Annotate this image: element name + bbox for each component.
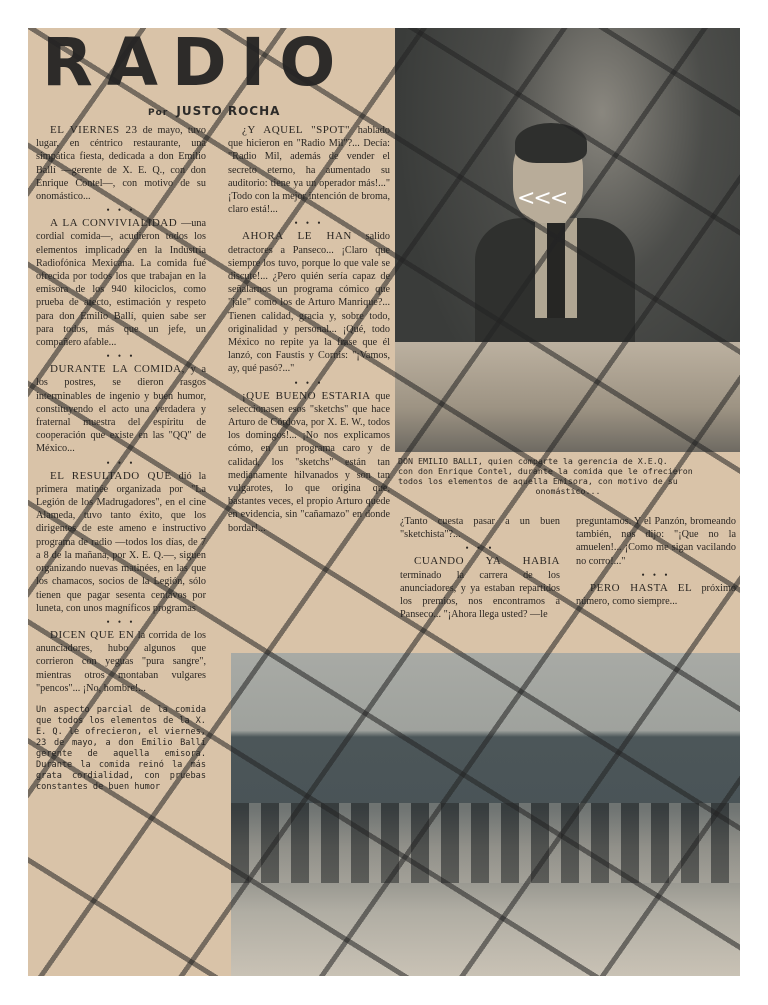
paragraph: EL VIERNES 23 de mayo, tuvo lugar, en cé… <box>36 124 206 203</box>
photo-table <box>395 342 740 452</box>
paragraph: PERO HASTA EL próximo número, como siemp… <box>576 582 736 608</box>
paragraph: ¿Tanto cuesta pasar a un buen "sketchist… <box>400 515 560 541</box>
paragraph: ¡QUE BUENO ESTARIA que seleccionasen eso… <box>228 390 390 535</box>
paragraph: ¿Y AQUEL "SPOT" hablado que hicieron en … <box>228 124 390 216</box>
column-4: preguntamos. Y el Panzón, bromeando tamb… <box>576 515 736 608</box>
column-2: ¿Y AQUEL "SPOT" hablado que hicieron en … <box>228 124 390 535</box>
byline-prefix: Por <box>148 108 168 118</box>
column-1: EL VIERNES 23 de mayo, tuvo lugar, en cé… <box>36 124 206 793</box>
masthead-title: RADIO <box>42 28 397 98</box>
column-3: ¿Tanto cuesta pasar a un buen "sketchist… <box>400 515 560 621</box>
chevron-left-icon: <<< <box>517 186 566 211</box>
separator: • • • <box>36 615 206 629</box>
photo-figure-hair <box>515 123 587 163</box>
paragraph: DICEN QUE EN la corrida de los anunciado… <box>36 629 206 695</box>
paragraph: CUANDO YA HABIA terminado la carrera de … <box>400 555 560 621</box>
photo-banquet-guests <box>231 803 740 883</box>
photo-figure-tie <box>547 223 565 318</box>
separator: • • • <box>576 568 736 582</box>
paragraph: AHORA LE HAN salido detractores a Pansec… <box>228 230 390 375</box>
paragraph: DURANTE LA COMIDA, y a los postres, se d… <box>36 363 206 455</box>
paragraph: EL RESULTADO QUE dió la primera matinée … <box>36 470 206 615</box>
paragraph: preguntamos. Y el Panzón, bromeando tamb… <box>576 515 736 568</box>
photo-banquet <box>231 653 740 976</box>
byline: Por JUSTO ROCHA <box>148 104 280 118</box>
photo-caption-1: DON EMILIO BALLI, quien comparte la gere… <box>398 456 738 496</box>
byline-author: JUSTO ROCHA <box>176 104 280 118</box>
separator: • • • <box>36 456 206 470</box>
separator: • • • <box>36 203 206 217</box>
photo-caption-2: Un aspecto parcial de la comida que todo… <box>36 705 206 793</box>
separator: • • • <box>400 541 560 555</box>
photo-emilio-balli: <<< <box>395 28 740 452</box>
separator: • • • <box>228 216 390 230</box>
paragraph: A LA CONVIVIALIDAD —una cordial comida—,… <box>36 217 206 349</box>
separator: • • • <box>228 376 390 390</box>
separator: • • • <box>36 349 206 363</box>
magazine-page: RADIO Por JUSTO ROCHA EL VIERNES 23 de m… <box>28 28 740 976</box>
